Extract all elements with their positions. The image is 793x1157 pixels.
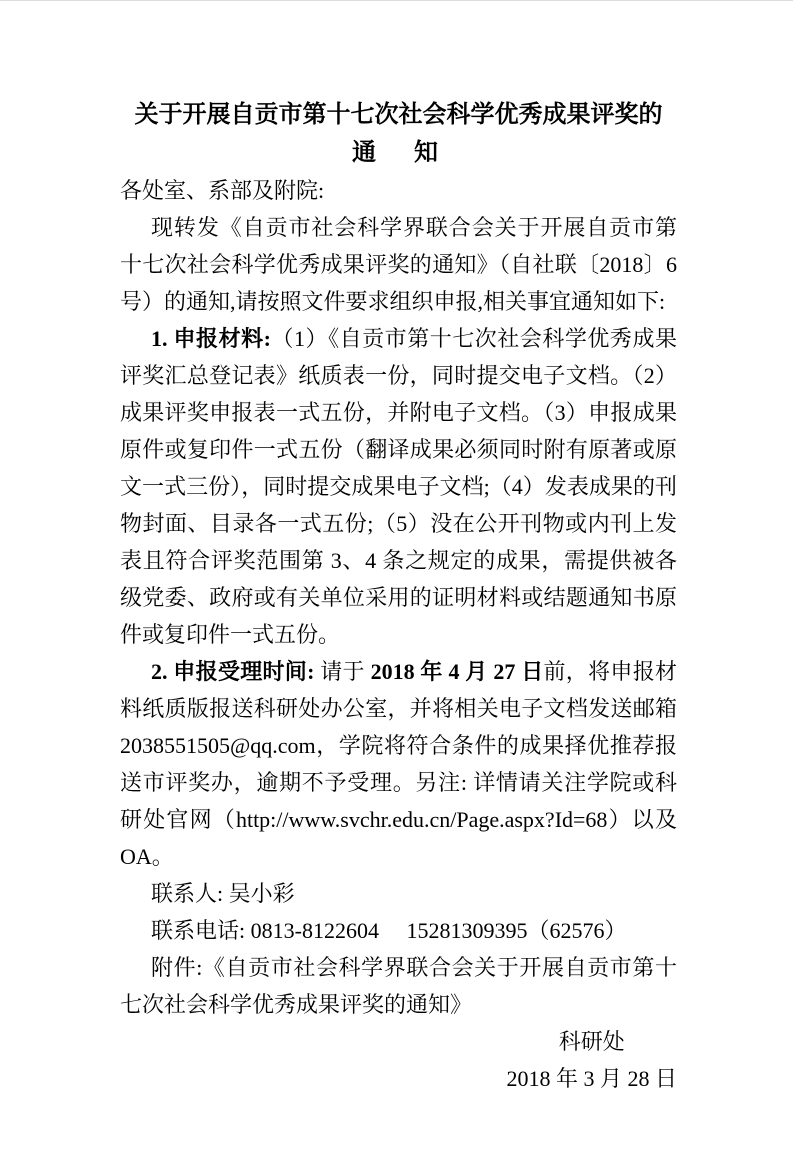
salutation: 各处室、系部及附院: xyxy=(120,172,677,209)
attachment-line: 附件:《自贡市社会科学界联合会关于开展自贡市第十七次社会科学优秀成果评奖的通知》 xyxy=(120,949,677,1023)
document-title: 关于开展自贡市第十七次社会科学优秀成果评奖的 通 知 xyxy=(120,96,677,172)
forward-notice-text: 现转发《自贡市社会科学界联合会关于开展自贡市第十七次社会科学优秀成果评奖的通知》… xyxy=(120,215,677,314)
contact-person-line: 联系人: 吴小彩 xyxy=(120,875,677,912)
signature-date: 2018 年 3 月 28 日 xyxy=(506,1060,677,1097)
title-line-1: 关于开展自贡市第十七次社会科学优秀成果评奖的 xyxy=(120,96,677,134)
signature-block: 科研处 2018 年 3 月 28 日 xyxy=(506,1023,677,1097)
deadline-lead: 请于 xyxy=(314,659,370,684)
deadline-heading: 2. 申报受理时间: xyxy=(151,659,314,684)
document-page: 关于开展自贡市第十七次社会科学优秀成果评奖的 通 知 各处室、系部及附院: 现转… xyxy=(0,0,793,1157)
contact-phone-line: 联系电话: 0813-8122604 15281309395（62576） xyxy=(120,912,677,949)
materials-heading: 1. 申报材料: xyxy=(151,326,271,351)
materials-text: （1）《自贡市第十七次社会科学优秀成果评奖汇总登记表》纸质表一份，同时提交电子文… xyxy=(120,326,677,647)
deadline-text: 前，将申报材料纸质版报送科研处办公室，并将相关电子文档发送邮箱 20385515… xyxy=(120,659,677,869)
paragraph-deadline: 2. 申报受理时间: 请于 2018 年 4 月 27 日前，将申报材料纸质版报… xyxy=(120,653,677,875)
signature-department: 科研处 xyxy=(506,1023,677,1060)
paragraph-forward-notice: 现转发《自贡市社会科学界联合会关于开展自贡市第十七次社会科学优秀成果评奖的通知》… xyxy=(120,209,677,320)
deadline-date: 2018 年 4 月 27 日 xyxy=(371,659,544,684)
title-line-2: 通 知 xyxy=(120,134,677,172)
paragraph-application-materials: 1. 申报材料:（1）《自贡市第十七次社会科学优秀成果评奖汇总登记表》纸质表一份… xyxy=(120,320,677,653)
